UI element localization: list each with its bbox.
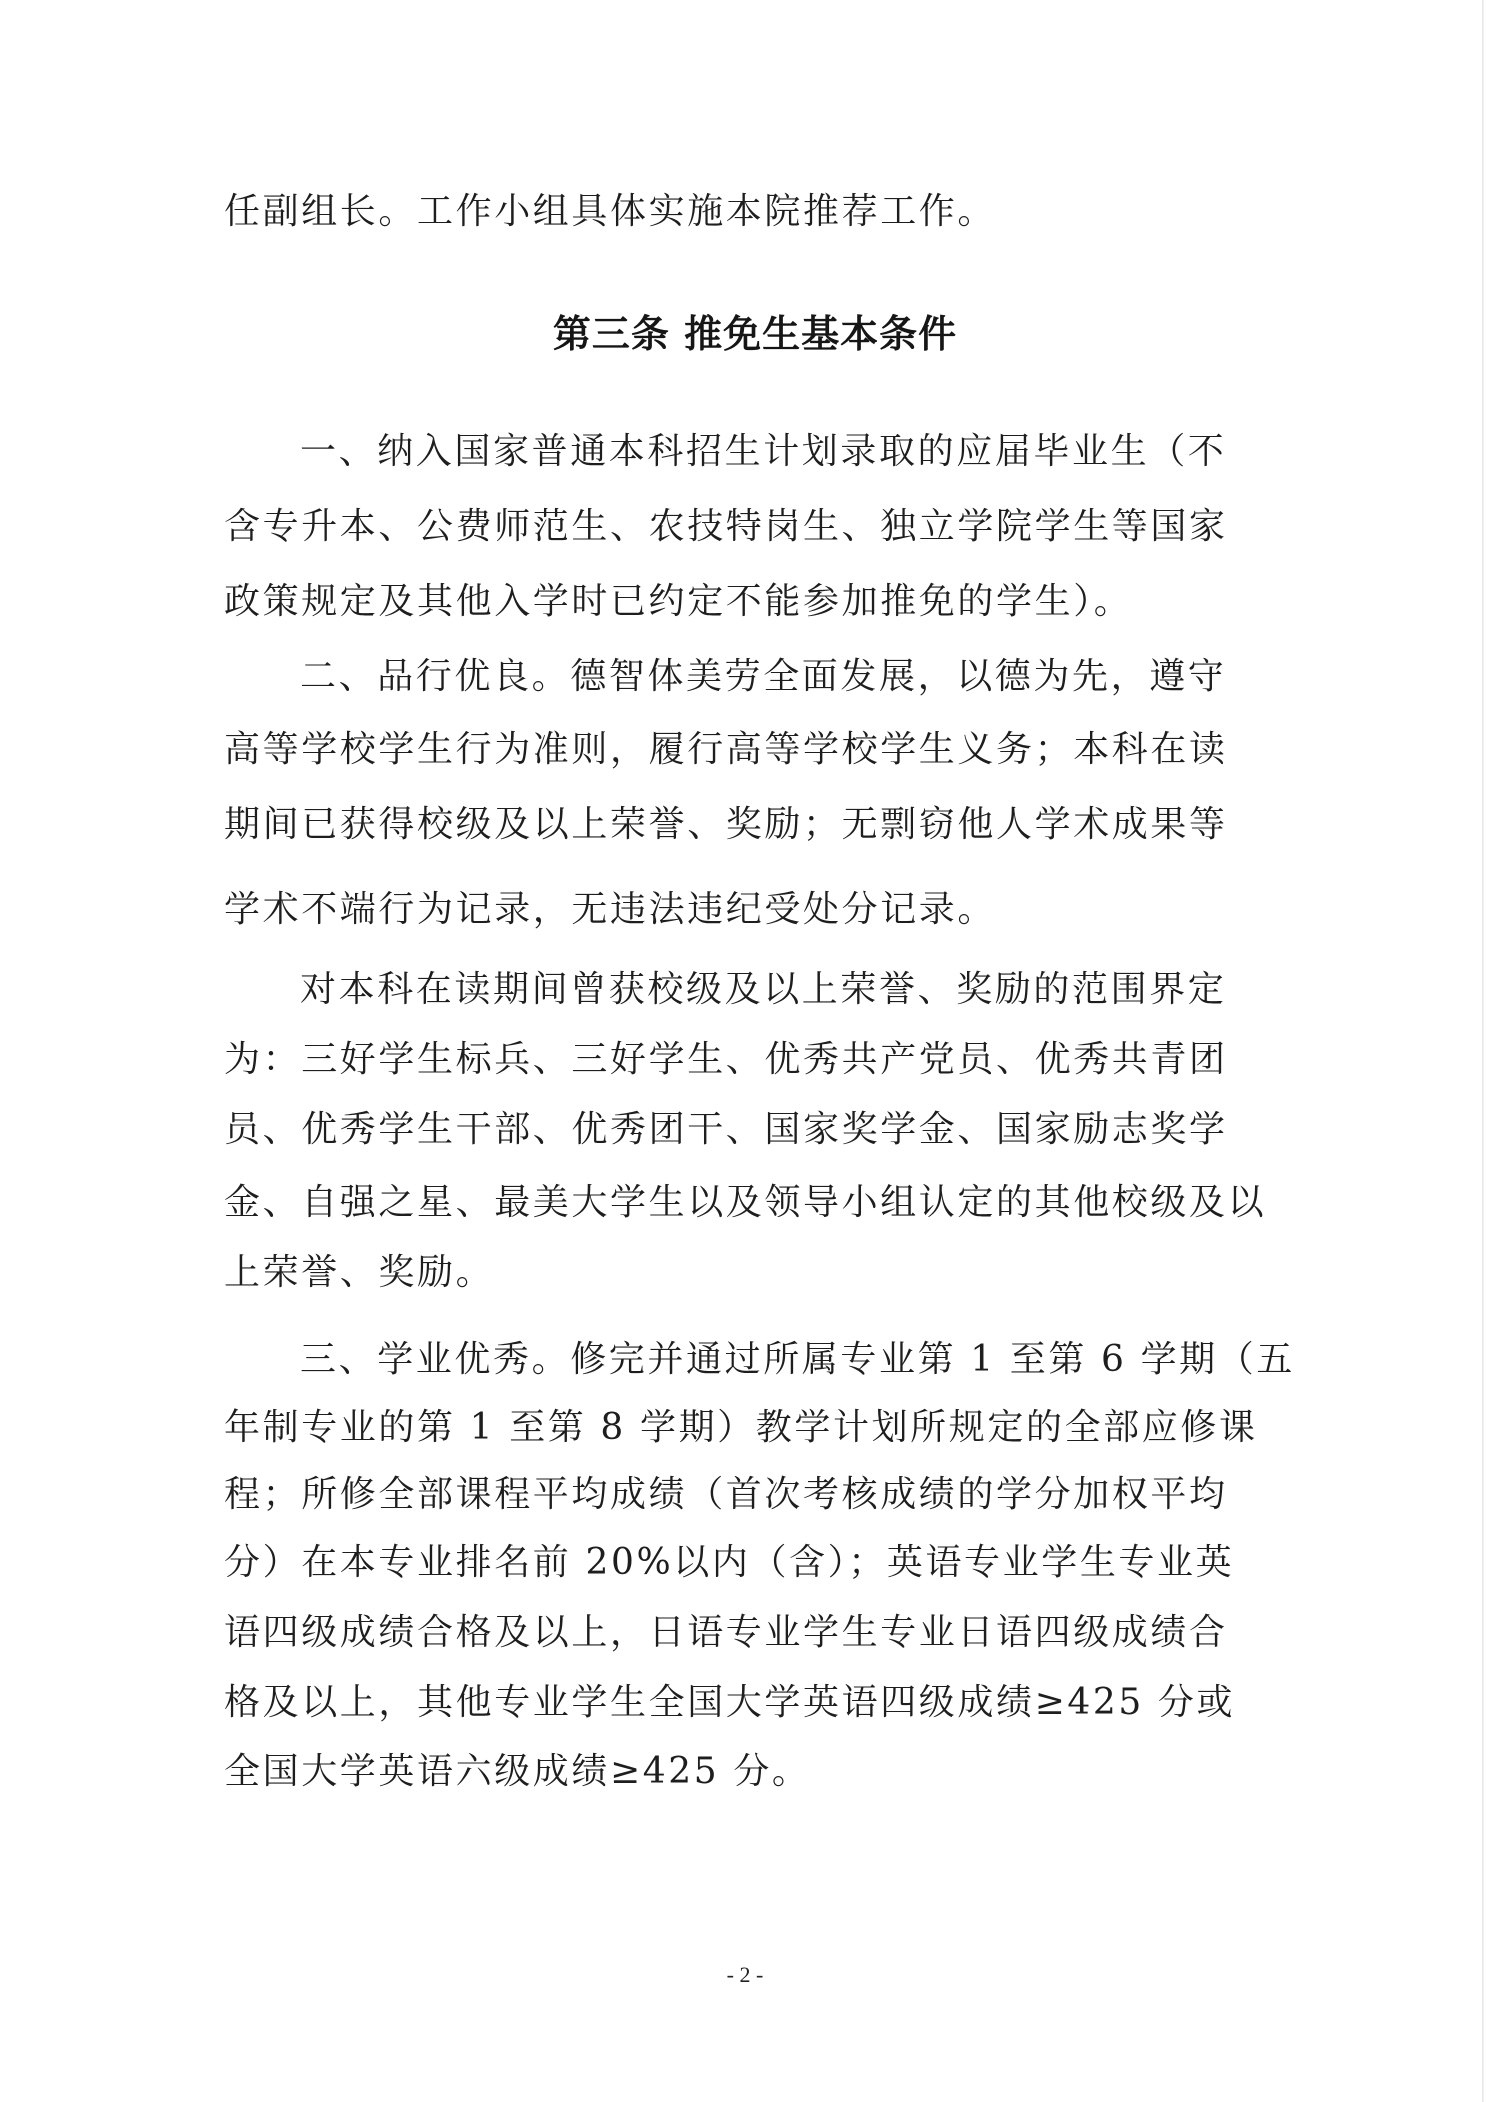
paragraph-line: 格及以上，其他专业学生全国大学英语四级成绩≥425 分或 xyxy=(224,1681,1260,1725)
paragraph-line: 期间已获得校级及以上荣誉、奖励；无剽窃他人学术成果等 xyxy=(224,803,1260,847)
paragraph-line: 全国大学英语六级成绩≥425 分。 xyxy=(224,1750,1260,1794)
paragraph-line: 为：三好学生标兵、三好学生、优秀共产党员、优秀共青团 xyxy=(224,1038,1260,1082)
paragraph-line: 程；所修全部课程平均成绩（首次考核成绩的学分加权平均 xyxy=(224,1473,1260,1517)
paragraph-line: 上荣誉、奖励。 xyxy=(224,1251,1260,1295)
document-page: 任副组长。工作小组具体实施本院推荐工作。 第三条 推免生基本条件 一、纳入国家普… xyxy=(0,0,1487,2102)
paragraph-line: 二、品行优良。德智体美劳全面发展，以德为先，遵守 xyxy=(300,655,1260,699)
paragraph-line: 员、优秀学生干部、优秀团干、国家奖学金、国家励志奖学 xyxy=(224,1108,1260,1152)
continuation-line: 任副组长。工作小组具体实施本院推荐工作。 xyxy=(224,190,1260,234)
paragraph-line: 年制专业的第 1 至第 8 学期）教学计划所规定的全部应修课 xyxy=(224,1406,1260,1450)
paragraph-line: 含专升本、公费师范生、农技特岗生、独立学院学生等国家 xyxy=(224,505,1260,549)
paragraph-line: 一、纳入国家普通本科招生计划录取的应届毕业生（不 xyxy=(300,430,1260,474)
paragraph-line: 三、学业优秀。修完并通过所属专业第 1 至第 6 学期（五 xyxy=(300,1338,1260,1382)
page-number: - 2 - xyxy=(700,1960,790,1990)
paragraph-line: 分）在本专业排名前 20%以内（含）；英语专业学生专业英 xyxy=(224,1541,1260,1585)
section-heading: 第三条 推免生基本条件 xyxy=(540,310,970,358)
paragraph-line: 语四级成绩合格及以上，日语专业学生专业日语四级成绩合 xyxy=(224,1611,1260,1655)
paragraph-line: 政策规定及其他入学时已约定不能参加推免的学生）。 xyxy=(224,580,1260,624)
paragraph-line: 高等学校学生行为准则，履行高等学校学生义务；本科在读 xyxy=(224,728,1260,772)
paragraph-line: 学术不端行为记录，无违法违纪受处分记录。 xyxy=(224,888,1260,932)
paragraph-line: 金、自强之星、最美大学生以及领导小组认定的其他校级及以 xyxy=(224,1181,1260,1225)
paragraph-line: 对本科在读期间曾获校级及以上荣誉、奖励的范围界定 xyxy=(300,968,1260,1012)
scan-page-edge xyxy=(1482,0,1484,2102)
